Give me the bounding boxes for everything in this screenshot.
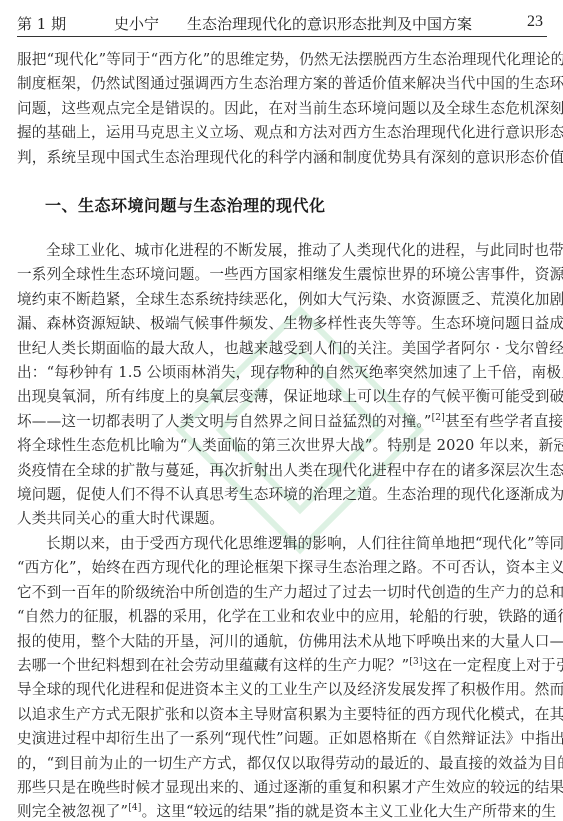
text-line: 握的基础上，运用马克思主义立场、观点和方法对西方生态治理现代化进行意识形态批 bbox=[17, 121, 547, 145]
text-line-with-citation: 去哪一个世纪料想到在社会劳动里蕴藏有这样的生产力呢？”[3]这在一定程度上对于引 bbox=[17, 654, 547, 678]
text-line: 的，“到目前为止的一切生产方式，都仅仅以取得劳动的最近的、最直接的效益为目的。 bbox=[17, 752, 547, 776]
section-heading: 一、生态环境问题与生态治理的现代化 bbox=[45, 193, 326, 216]
text-line: 一系列全球性生态环境问题。一些西方国家相继发生震惊世界的环境公害事件，资源环 bbox=[17, 263, 547, 287]
text-line: 漏、森林资源短缺、极端气候事件频发、生物多样性丧失等等。生态环境问题日益成为 2… bbox=[17, 312, 547, 336]
text-line: 境问题，促使人们不得不认真思考生态环境的治理之道。生态治理的现代化逐渐成为全 bbox=[17, 483, 547, 507]
text-line: 以追求生产方式无限扩张和以资本主导财富积累为主要特征的西方现代化模式，在其历 bbox=[17, 703, 547, 727]
text-line: “西方化”，始终在西方现代化的理论框架下探寻生态治理之路。不可否认，资本主义在 bbox=[17, 556, 547, 580]
text-line: 它不到一百年的阶级统治中所创造的生产力超过了过去一切时代创造的生产力的总和， bbox=[17, 581, 547, 605]
text-line: 那些只是在晚些时候才显现出来的、通过逐渐的重复和积累才产生效应的较远的结果， bbox=[17, 776, 547, 800]
text-line: 出现臭氧洞，所有纬度上的臭氧层变薄，保证地球上可以生存的气候平衡可能受到破 bbox=[17, 385, 547, 409]
text-segment: 。这里“较远的结果”指的就是资本主义工业化大生产所带来的生 bbox=[142, 803, 557, 820]
text-line: 判，系统呈现中国式生态治理现代化的科学内涵和制度优势具有深刻的意识形态价值。 bbox=[17, 146, 547, 170]
text-line: 导全球的现代化进程和促进资本主义的工业生产以及经济发展发挥了积极作用。然而， bbox=[17, 678, 547, 702]
text-line: 制度框架，仍然试图通过强调西方生态治理方案的普适价值来解决当代中国的生态环境 bbox=[17, 72, 547, 96]
text-line: 境约束不断趋紧，全球生态系统持续恶化，例如大气污染、水资源匮乏、荒漠化加剧、核泄 bbox=[17, 288, 547, 312]
text-line: 报的使用，整个大陆的开垦，河川的通航，仿佛用法术从地下呼唤出来的大量人口——过 bbox=[17, 630, 547, 654]
running-header: 第 1 期 史小宁 生态治理现代化的意识形态批判及中国方案 23 bbox=[17, 8, 547, 37]
text-segment: 则完全被忽视了” bbox=[17, 803, 128, 820]
intro-paragraph: 服把“现代化”等同于“西方化”的思维定势，仍然无法摆脱西方生态治理现代化理论的 … bbox=[17, 48, 547, 170]
text-line: 人类共同关心的重大时代课题。 bbox=[17, 507, 547, 531]
text-segment: 去哪一个世纪料想到在社会劳动里蕴藏有这样的生产力呢？” bbox=[17, 657, 409, 674]
text-line: 出：“每秒钟有 1.5 公顷雨林消失，现存物种的自然灭绝率突然加速了上千倍，南极… bbox=[17, 361, 547, 385]
article-title: 生态治理现代化的意识形态批判及中国方案 bbox=[187, 13, 472, 34]
text-line: 史演进过程中却衍生出了一系列“现代性”问题。正如恩格斯在《自然辩证法》中指出 bbox=[17, 727, 547, 751]
text-line: “自然力的征服，机器的采用，化学在工业和农业中的应用，轮船的行驶，铁路的通行，电 bbox=[17, 605, 547, 629]
text-line: 将全球性生态危机比喻为“人类面临的第三次世界大战”。特别是 2020 年以来，新… bbox=[17, 434, 547, 458]
author-name: 史小宁 bbox=[114, 13, 159, 34]
issue-label: 第 1 期 bbox=[17, 13, 66, 34]
text-line: 长期以来，由于受西方现代化思维逻辑的影响，人们往往简单地把“现代化”等同于 bbox=[17, 532, 547, 556]
text-line: 世纪人类长期面临的最大敌人，也越来越受到人们的关注。美国学者阿尔 · 戈尔曾经指 bbox=[17, 337, 547, 361]
text-line-with-citation: 坏——这一切都表明了人类文明与自然界之间日益猛烈的对撞。”[2]甚至有些学者直接 bbox=[17, 410, 547, 434]
text-line: 服把“现代化”等同于“西方化”的思维定势，仍然无法摆脱西方生态治理现代化理论的 bbox=[17, 48, 547, 72]
text-segment: 坏——这一切都表明了人类文明与自然界之间日益猛烈的对撞。” bbox=[17, 413, 432, 430]
text-line: 炎疫情在全球的扩散与蔓延，再次折射出人类在现代化进程中存在的诸多深层次生态环 bbox=[17, 459, 547, 483]
text-line-with-citation: 则完全被忽视了”[4]。这里“较远的结果”指的就是资本主义工业化大生产所带来的生 bbox=[17, 800, 547, 821]
body-paragraph-2: 长期以来，由于受西方现代化思维逻辑的影响，人们往往简单地把“现代化”等同于 “西… bbox=[17, 532, 547, 821]
citation-ref-2[interactable]: [2] bbox=[432, 413, 445, 423]
body-paragraph-1: 全球工业化、城市化进程的不断发展，推动了人类现代化的进程，与此同时也带来了 一系… bbox=[17, 239, 547, 532]
text-segment: 这在一定程度上对于引 bbox=[423, 657, 563, 674]
text-line: 问题，这些观点完全是错误的。因此，在对当前生态环境问题以及全球生态危机深刻把 bbox=[17, 97, 547, 121]
text-line: 全球工业化、城市化进程的不断发展，推动了人类现代化的进程，与此同时也带来了 bbox=[17, 239, 547, 263]
citation-ref-3[interactable]: [3] bbox=[409, 657, 422, 667]
citation-ref-4[interactable]: [4] bbox=[128, 803, 141, 813]
page-number: 23 bbox=[527, 13, 543, 31]
text-segment: 甚至有些学者直接 bbox=[445, 413, 563, 430]
